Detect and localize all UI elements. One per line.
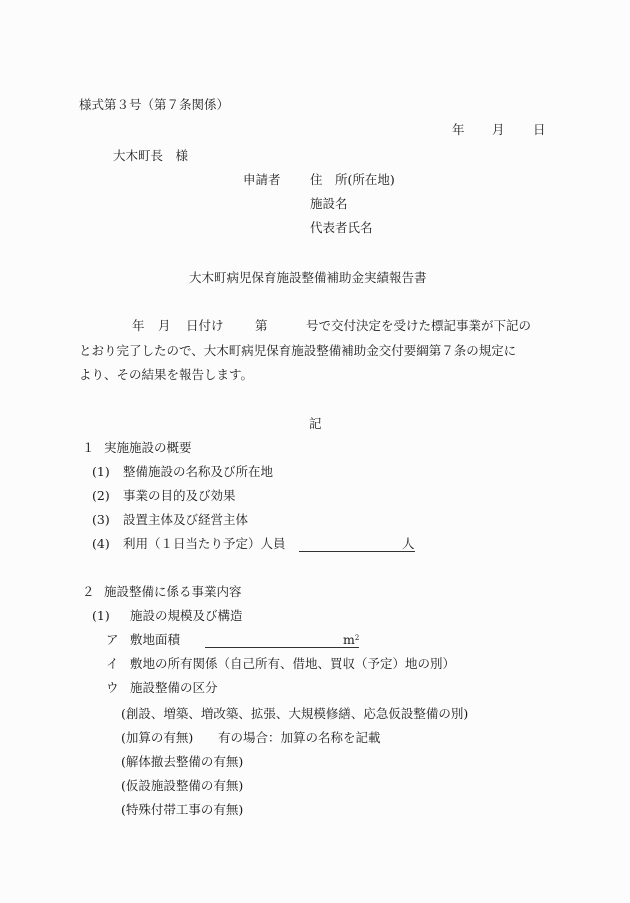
note-addition: (加算の有無) [121,730,193,746]
document-title: 大木町病児保育施設整備補助金実績報告書 [189,270,427,286]
address-label: 住 所(所在地) [310,172,395,188]
site-area-field[interactable]: m2 [205,632,359,648]
section1-item2-number: (2) [92,488,110,504]
note-demolition: (解体撤去整備の有無) [121,754,243,770]
section2-sub1-label: 施設の規模及び構造 [130,608,243,624]
body-day-suffix: 日付け [186,318,224,334]
item-i-kana: イ [106,656,119,672]
section1-item2-label: 事業の目的及び効果 [123,488,236,504]
section1-item3-label: 設置主体及び経営主体 [123,512,248,528]
square-meter-unit: m2 [343,632,359,648]
users-per-day-blank[interactable] [299,537,402,552]
note-special-work: (特殊付帯工事の有無) [121,802,243,818]
users-per-day-field[interactable]: 人 [299,536,415,552]
date-day-label: 日 [533,122,546,138]
body-line2: とおり完了したので、大木町病児保育施設整備補助金交付要綱第７条の規定に [79,343,516,359]
section1-number: １ [82,440,95,456]
unit-superscript: 2 [355,634,359,642]
item-a-kana: ア [106,632,119,648]
item-a-label: 敷地面積 [130,632,180,648]
date-month-label: 月 [492,122,505,138]
section1-item4-label: 利用（１日当たり予定）人員 [123,536,286,552]
body-year: 年 [132,318,145,334]
applicant-label: 申請者 [243,172,281,188]
addressee: 大木町長 様 [113,148,188,164]
body-line1-rest: 号で交付決定を受けた標記事業が下記の [306,318,531,334]
section1-heading: 実施施設の概要 [104,440,192,456]
body-line3: より、その結果を報告します。 [79,367,253,383]
users-unit: 人 [402,536,415,552]
body-month: 月 [158,318,171,334]
body-number-prefix: 第 [255,318,268,334]
section2-sub1-number: (1) [92,608,110,624]
note-temporary-facility: (仮設施設整備の有無) [121,778,243,794]
site-area-blank[interactable] [205,633,343,648]
section2-number: ２ [82,584,95,600]
item-u-kana: ウ [106,680,119,696]
section1-item1-label: 整備施設の名称及び所在地 [123,464,273,480]
section1-item1-number: (1) [92,464,110,480]
note-construction-type: (創設、増築、増改築、拡張、大規模修繕、応急仮設整備の別) [121,706,468,722]
item-u-label: 施設整備の区分 [130,680,218,696]
section1-item4-number: (4) [92,536,110,552]
ki-marker: 記 [309,416,322,432]
section2-heading: 施設整備に係る事業内容 [104,584,242,600]
unit-m: m [343,632,355,647]
facility-name-label: 施設名 [310,196,348,212]
form-number: 様式第３号（第７条関係） [79,97,229,113]
section1-item3-number: (3) [92,512,110,528]
note-addition-detail: 有の場合：加算の名称を記載 [218,730,381,746]
date-year-label: 年 [452,122,465,138]
item-i-label: 敷地の所有関係（自己所有、借地、買収（予定）地の別） [130,656,455,672]
representative-label: 代表者氏名 [310,220,373,236]
